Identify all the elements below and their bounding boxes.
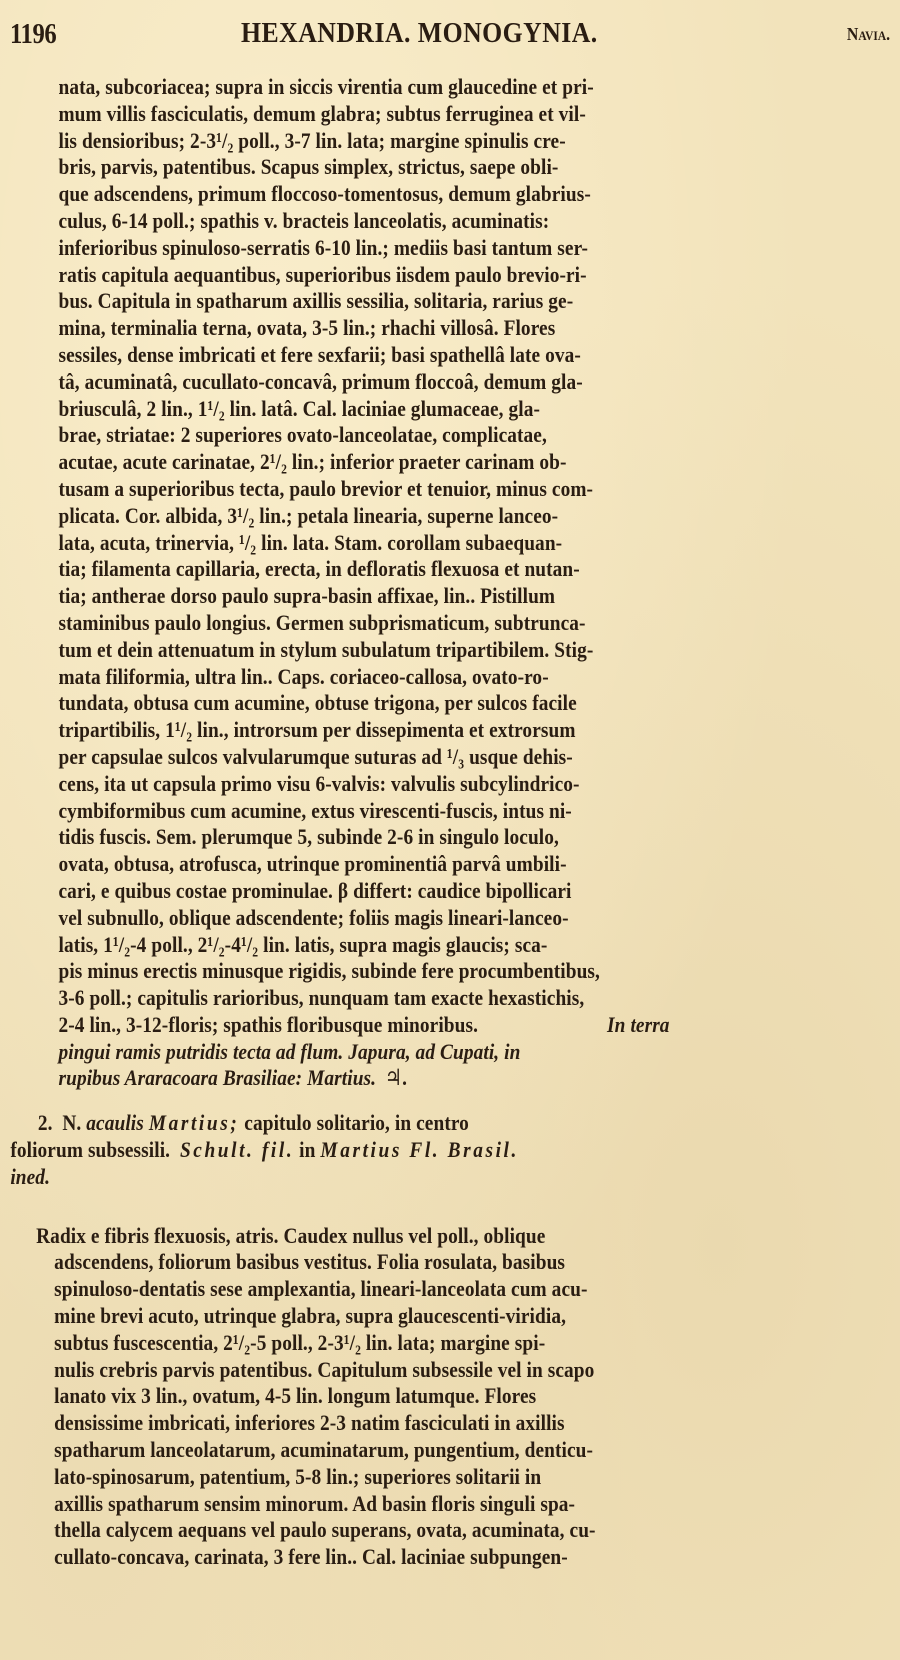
- text-line: vel subnullo, oblique adscendente; folii…: [0, 905, 774, 932]
- text-line: spatharum lanceolatarum, acuminatarum, p…: [0, 1437, 774, 1464]
- species-author: Martius;: [149, 1110, 240, 1135]
- text-line: spinuloso-dentatis sese amplexantia, lin…: [0, 1276, 774, 1303]
- habitat-line: pingui ramis putridis tecta ad flum. Jap…: [0, 1039, 774, 1066]
- text-line: bris, parvis, patentibus. Scapus simplex…: [0, 154, 774, 181]
- species-2-description: Radix e fibris flexuosis, atris. Caudex …: [0, 1223, 900, 1571]
- text-line: 2-4 lin., 3-12-floris; spathis floribusq…: [0, 1012, 774, 1039]
- species-2-line-1: 2. N. acaulis Martius; capitulo solitari…: [0, 1110, 774, 1137]
- text-line: inferioribus spinuloso-serratis 6-10 lin…: [0, 235, 774, 262]
- text-line: mina, terminalia terna, ovata, 3-5 lin.;…: [0, 315, 774, 342]
- text-line: acutae, acute carinatae, 2¹/₂ lin.; infe…: [0, 449, 774, 476]
- text-line: brae, striatae: 2 superiores ovato-lance…: [0, 422, 774, 449]
- text-line: axillis spatharum sensim minorum. Ad bas…: [0, 1491, 774, 1518]
- text-line: per capsulae sulcos valvularumque sutura…: [0, 744, 774, 771]
- text-line: cari, e quibus costae prominulae. β diff…: [0, 878, 774, 905]
- text-line: tâ, acuminatâ, cucullato-concavâ, primum…: [0, 369, 774, 396]
- text-line: plicata. Cor. albida, 3¹/₂ lin.; petala …: [0, 503, 774, 530]
- text-line: tripartibilis, 1¹/₂ lin., introrsum per …: [0, 717, 774, 744]
- text-line: tum et dein attenuatum in stylum subulat…: [0, 637, 774, 664]
- citation-status: ined.: [0, 1164, 774, 1191]
- text-line: mata filiformia, ultra lin.. Caps. coria…: [0, 664, 774, 691]
- habitat-line: rupibus Araracoara Brasiliae: Martius.♃.: [0, 1065, 774, 1092]
- text-line: cymbiformibus cum acumine, extus viresce…: [0, 798, 774, 825]
- text-line: nulis crebris parvis patentibus. Capitul…: [0, 1357, 774, 1384]
- text-line: briusculâ, 2 lin., 1¹/₂ lin. latâ. Cal. …: [0, 396, 774, 423]
- text-line: sessiles, dense imbricati et fere sexfar…: [0, 342, 774, 369]
- text-line: culus, 6-14 poll.; spathis v. bracteis l…: [0, 208, 774, 235]
- text-line: mum villis fasciculatis, demum glabra; s…: [0, 101, 774, 128]
- habitat-marker: In terra: [607, 1012, 670, 1037]
- text-line: cens, ita ut capsula primo visu 6-valvis…: [0, 771, 774, 798]
- text-line: thella calycem aequans vel paulo superan…: [0, 1517, 774, 1544]
- text-line: Radix e fibris flexuosis, atris. Caudex …: [0, 1223, 774, 1250]
- text-line: tia; antherae dorso paulo supra-basin af…: [0, 583, 774, 610]
- species-2-heading: 2. N. acaulis Martius; capitulo solitari…: [0, 1110, 900, 1190]
- text-line: lata, acuta, trinervia, ¹/₂ lin. lata. S…: [0, 530, 774, 557]
- text-line: latis, 1¹/₂-4 poll., 2¹/₂-4¹/₂ lin. lati…: [0, 932, 774, 959]
- text-line: mine brevi acuto, utrinque glabra, supra…: [0, 1303, 774, 1330]
- species-epithet: acaulis: [86, 1110, 144, 1135]
- page-header: 1196 HEXANDRIA. MONOGYNIA. Navia.: [0, 14, 900, 54]
- text-line: ovata, obtusa, atrofusca, utrinque promi…: [0, 851, 774, 878]
- text-line: densissime imbricati, inferiores 2-3 nat…: [0, 1410, 774, 1437]
- perennial-symbol-icon: ♃.: [385, 1065, 407, 1090]
- running-title: HEXANDRIA. MONOGYNIA.: [241, 18, 598, 50]
- text-line: lis densioribus; 2-3¹/₂ poll., 3-7 lin. …: [0, 128, 774, 155]
- species-2-line-2: foliorum subsessili. Schult. fil. in Mar…: [0, 1137, 774, 1164]
- species-1-description: nata, subcoriacea; supra in siccis viren…: [0, 74, 900, 1092]
- text-line: tidis fuscis. Sem. plerumque 5, subinde …: [0, 824, 774, 851]
- page-body: nata, subcoriacea; supra in siccis viren…: [0, 74, 900, 1571]
- text-line: subtus fuscescentia, 2¹/₂-5 poll., 2-3¹/…: [0, 1330, 774, 1357]
- text-line: adscendens, foliorum basibus vestitus. F…: [0, 1249, 774, 1276]
- genus-header: Navia.: [847, 24, 890, 45]
- citation-work: Martius Fl. Brasil.: [320, 1137, 519, 1162]
- text-line: bus. Capitula in spatharum axillis sessi…: [0, 288, 774, 315]
- text-line: staminibus paulo longius. Germen subpris…: [0, 610, 774, 637]
- text-line: ratis capitula aequantibus, superioribus…: [0, 262, 774, 289]
- text-line: tusam a superioribus tecta, paulo brevio…: [0, 476, 774, 503]
- page-number: 1196: [10, 18, 56, 51]
- text-line: cullato-concava, carinata, 3 fere lin.. …: [0, 1544, 774, 1571]
- text-line: lato-spinosarum, patentium, 5-8 lin.; su…: [0, 1464, 774, 1491]
- text-line: tia; filamenta capillaria, erecta, in de…: [0, 556, 774, 583]
- text-line: nata, subcoriacea; supra in siccis viren…: [0, 74, 774, 101]
- text-line: 3-6 poll.; capitulis rarioribus, nunquam…: [0, 985, 774, 1012]
- text-line: tundata, obtusa cum acumine, obtuse trig…: [0, 690, 774, 717]
- text-line: pis minus erectis minusque rigidis, subi…: [0, 958, 774, 985]
- text-line: lanato vix 3 lin., ovatum, 4-5 lin. long…: [0, 1383, 774, 1410]
- text-line: que adscendens, primum floccoso-tomentos…: [0, 181, 774, 208]
- citation-author: Schult. fil.: [180, 1137, 294, 1162]
